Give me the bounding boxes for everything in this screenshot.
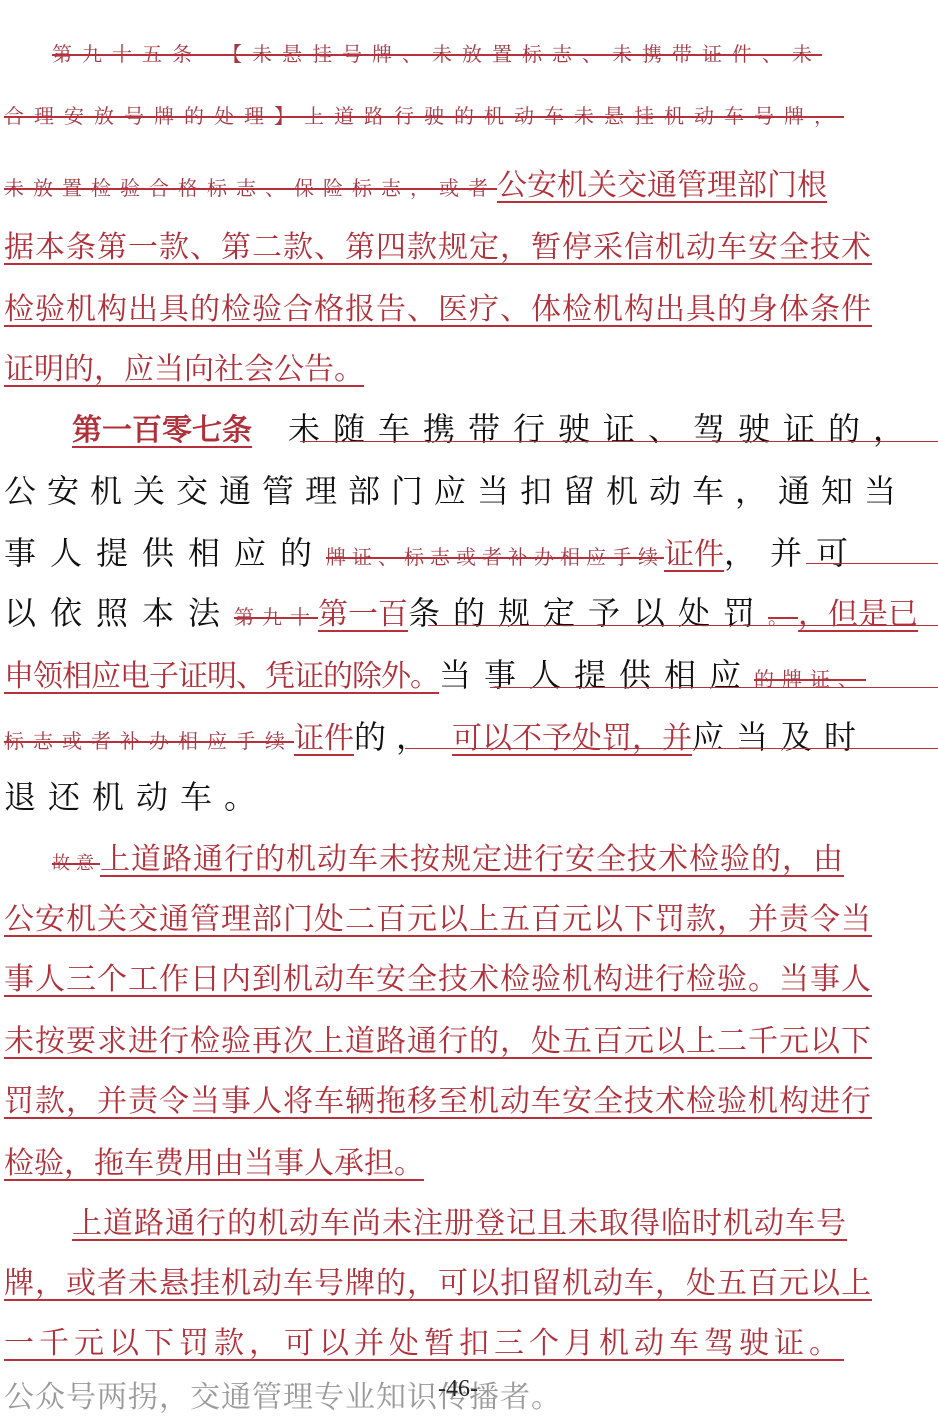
doc-line-6: 证明的，应当向社会公告。 xyxy=(4,344,938,388)
doc-line-7: 第一百零七条未随车携带行驶证、驾驶证的， xyxy=(72,404,938,450)
deleted-text: 合理安放号牌的处理】上道路行驶的机动车未悬挂机动车号牌， xyxy=(4,100,844,129)
revision-underline xyxy=(405,748,938,749)
doc-line-5: 检验机构出具的检验合格报告、医疗、体检机构出具的身体条件 xyxy=(4,284,938,328)
doc-line-12: 标志或者补办相应手续证件的，可以不予处罚，并应当及时 xyxy=(4,712,938,758)
inserted-text: ，但是已 xyxy=(798,589,918,633)
doc-line-4: 据本条第一款、第二款、第四款规定，暂停采信机动车安全技术 xyxy=(4,222,938,266)
inserted-text: 检验机构出具的检验合格报告、医疗、体检机构出具的身体条件 xyxy=(4,284,872,328)
inserted-text: 未按要求进行检验再次上道路通行的，处五百元以上二千元以下 xyxy=(4,1016,872,1060)
body-text: 应当及时 xyxy=(692,712,868,758)
doc-line-11: 申领相应电子证明、凭证的除外。当事人提供相应的牌证、 xyxy=(4,650,938,696)
doc-line-9: 事人提供相应的牌证、标志或者补办相应手续证件，并可 xyxy=(4,528,938,574)
doc-line-18: 罚款，并责令当事人将车辆拖移至机动车安全技术检验机构进行 xyxy=(4,1076,938,1120)
doc-line-10: 以依照本法第九十第一百条的规定予以处罚。，但是已 xyxy=(4,588,938,634)
body-text: 条的规定予以处罚 xyxy=(408,588,768,634)
inserted-text: 申领相应电子证明、凭证的除外。 xyxy=(4,651,439,695)
watermark-text: 公众号两拐，交通管理专业知识传播者。 xyxy=(4,1372,562,1416)
revision-underline xyxy=(806,563,938,564)
inserted-text: 证明的，应当向社会公告。 xyxy=(4,344,364,388)
deleted-text: 第九十 xyxy=(234,601,318,630)
doc-line-16: 事人三个工作日内到机动车安全技术检验机构进行检验。当事人 xyxy=(4,954,938,998)
body-text: 事人提供相应的 xyxy=(4,528,326,574)
doc-line-21: 牌，或者未悬挂机动车号牌的，可以扣留机动车，处五百元以上 xyxy=(4,1258,938,1302)
page-number: -46- xyxy=(438,1376,478,1403)
doc-line-3: 未放置检验合格标志、保险标志，或者公安机关交通管理部门根 xyxy=(4,160,938,204)
article-heading: 第一百零七条 xyxy=(72,405,252,449)
deleted-text: 未放置检验合格标志、保险标志，或者 xyxy=(4,172,497,201)
revision-underline xyxy=(428,625,938,626)
doc-line-8: 公安机关交通管理部门应当扣留机动车，通知当 xyxy=(4,466,938,512)
body-text: 退还机动车。 xyxy=(4,772,268,818)
body-text: 公安机关交通管理部门应当扣留机动车，通知当 xyxy=(4,466,907,512)
doc-line-1: 第九十五条 【未悬挂号牌、未放置标志、未携带证件、未 xyxy=(52,38,938,67)
inserted-text: 公安机关交通管理部门处二百元以上五百元以下罚款，并责令当 xyxy=(4,894,872,938)
inserted-text: 第一百 xyxy=(318,589,408,633)
inserted-text: 据本条第一款、第二款、第四款规定，暂停采信机动车安全技术 xyxy=(4,222,872,266)
inserted-text: 一千元以下罚款，可以并处暂扣三个月机动车驾驶证。 xyxy=(4,1318,844,1362)
body-text: 未随车携带行驶证、驾驶证的， xyxy=(288,404,918,450)
inserted-text: 上道路通行的机动车未按规定进行安全技术检验的，由 xyxy=(100,834,844,878)
inserted-text: 证件 xyxy=(664,529,724,573)
doc-line-20: 上道路通行的机动车尚未注册登记且未取得临时机动车号 xyxy=(72,1198,938,1242)
body-text: 当事人提供相应 xyxy=(439,650,754,696)
revision-underline xyxy=(300,441,938,442)
inserted-text: 上道路通行的机动车尚未注册登记且未取得临时机动车号 xyxy=(72,1198,847,1242)
inserted-text: 牌，或者未悬挂机动车号牌的，可以扣留机动车，处五百元以上 xyxy=(4,1258,872,1302)
deleted-text: 第九十五条 【未悬挂号牌、未放置标志、未携带证件、未 xyxy=(52,38,822,67)
inserted-text: 可以不予处罚，并 xyxy=(452,713,692,757)
deleted-text: 标志或者补办相应手续 xyxy=(4,725,294,754)
body-text: ，并可 xyxy=(724,528,862,574)
doc-line-13: 退还机动车。 xyxy=(4,772,938,818)
revision-underline xyxy=(490,687,938,688)
doc-line-19: 检验，拖车费用由当事人承担。 xyxy=(4,1138,938,1182)
deleted-text: 故意 xyxy=(52,849,100,875)
doc-line-22: 一千元以下罚款，可以并处暂扣三个月机动车驾驶证。 xyxy=(4,1318,938,1362)
body-text: 以依照本法 xyxy=(4,588,234,634)
body-text: 的， xyxy=(354,712,438,758)
doc-line-2: 合理安放号牌的处理】上道路行驶的机动车未悬挂机动车号牌， xyxy=(4,100,938,129)
inserted-text: 罚款，并责令当事人将车辆拖移至机动车安全技术检验机构进行 xyxy=(4,1076,872,1120)
doc-line-17: 未按要求进行检验再次上道路通行的，处五百元以上二千元以下 xyxy=(4,1016,938,1060)
doc-line-15: 公安机关交通管理部门处二百元以上五百元以下罚款，并责令当 xyxy=(4,894,938,938)
inserted-text: 证件 xyxy=(294,713,354,757)
deleted-text: 牌证、标志或者补办相应手续 xyxy=(326,541,664,570)
inserted-text: 公安机关交通管理部门根 xyxy=(497,160,827,204)
doc-line-14: 故意上道路通行的机动车未按规定进行安全技术检验的，由 xyxy=(52,834,938,878)
inserted-text: 事人三个工作日内到机动车安全技术检验机构进行检验。当事人 xyxy=(4,954,872,998)
inserted-text: 检验，拖车费用由当事人承担。 xyxy=(4,1138,424,1182)
